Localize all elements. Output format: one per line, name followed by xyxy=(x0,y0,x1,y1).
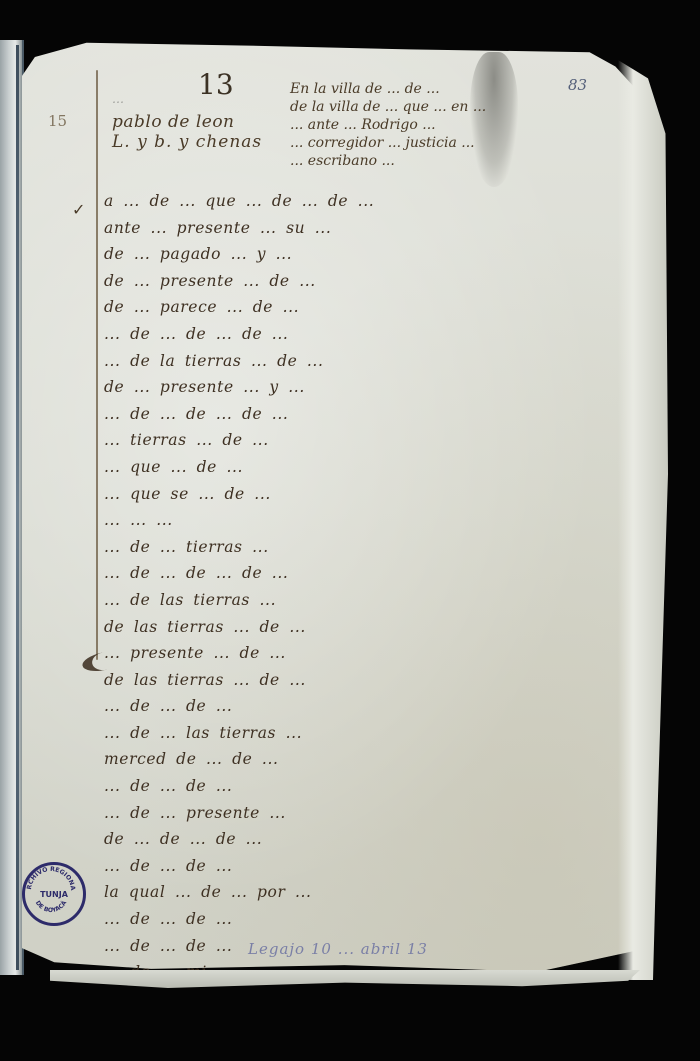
binding-spine xyxy=(16,45,19,970)
stamp-bottom-text: DE BOYACÁ xyxy=(34,899,69,914)
manuscript-body: a ... de ... que ... de ... de ... ante … xyxy=(104,188,624,986)
body-line: ... de ... de ... xyxy=(104,693,624,720)
body-line: de las tierras ... de ... xyxy=(104,667,624,694)
body-line: ... de ... de ... xyxy=(104,853,624,880)
body-line: de ... presente ... y ... xyxy=(104,374,624,401)
header-block: En la villa de ... de ... de la villa de… xyxy=(290,80,620,170)
adjacent-page-edge xyxy=(0,40,24,975)
header-line: de la villa de ... que ... en ... xyxy=(290,98,620,116)
stamp-top-text: ARCHIVO REGIONAL xyxy=(22,862,76,891)
header-line: ... corregidor ... justicia ... xyxy=(290,134,620,152)
body-line: ... de la tierras ... de ... xyxy=(104,348,624,375)
body-line: ... de ... tierras ... xyxy=(104,534,624,561)
body-line: ... que ... de ... xyxy=(104,454,624,481)
body-line: ... de ... de ... xyxy=(104,773,624,800)
header-line: En la villa de ... de ... xyxy=(290,80,620,98)
body-line: ... que se ... de ... xyxy=(104,481,624,508)
body-line: de ... presente ... de ... xyxy=(104,268,624,295)
svg-text:DE BOYACÁ: DE BOYACÁ xyxy=(34,899,69,914)
margin-rule xyxy=(96,70,98,660)
body-line: la qual ... de ... por ... xyxy=(104,879,624,906)
body-line: ... de ... de ... de ... xyxy=(104,401,624,428)
body-line: de ... pagado ... y ... xyxy=(104,241,624,268)
header-line: ... ante ... Rodrigo ... xyxy=(290,116,620,134)
check-mark-icon: ✓ xyxy=(72,200,85,219)
stamp-arc-text-icon: ARCHIVO REGIONAL DE BOYACÁ xyxy=(22,862,80,920)
margin-note-sub: L. y b. y chenas xyxy=(112,132,272,152)
body-line: a ... de ... que ... de ... de ... xyxy=(104,188,624,215)
margin-number: 15 xyxy=(48,112,67,130)
body-line: ... de ... presente ... xyxy=(104,800,624,827)
body-line: ... de ... de ... de ... xyxy=(104,321,624,348)
body-line: ante ... presente ... su ... xyxy=(104,215,624,242)
body-line: ... ... ... xyxy=(104,507,624,534)
body-line: ... de las tierras ... xyxy=(104,587,624,614)
body-line: de ... de ... de ... xyxy=(104,826,624,853)
body-line: merced de ... de ... xyxy=(104,746,624,773)
body-line: ... tierras ... de ... xyxy=(104,427,624,454)
body-line: ... de ... de ... xyxy=(104,906,624,933)
margin-note-faint: … xyxy=(112,92,272,106)
pencil-archive-note: Legajo 10 ... abril 13 xyxy=(248,940,428,958)
body-line: de las tierras ... de ... xyxy=(104,614,624,641)
body-line: ... de ... las tierras ... xyxy=(104,720,624,747)
body-line: ... presente ... de ... xyxy=(104,640,624,667)
page-worn-edge xyxy=(618,60,668,980)
body-line: de ... parece ... de ... xyxy=(104,294,624,321)
margin-note: … pablo de leon L. y b. y chenas xyxy=(112,92,272,152)
svg-text:ARCHIVO REGIONAL: ARCHIVO REGIONAL xyxy=(22,862,76,891)
margin-note-name: pablo de leon xyxy=(112,112,272,132)
header-line: ... escribano ... xyxy=(290,152,620,170)
body-line: ... de ... de ... de ... xyxy=(104,560,624,587)
archive-stamp: ARCHIVO REGIONAL DE BOYACÁ TUNJA xyxy=(22,862,86,926)
